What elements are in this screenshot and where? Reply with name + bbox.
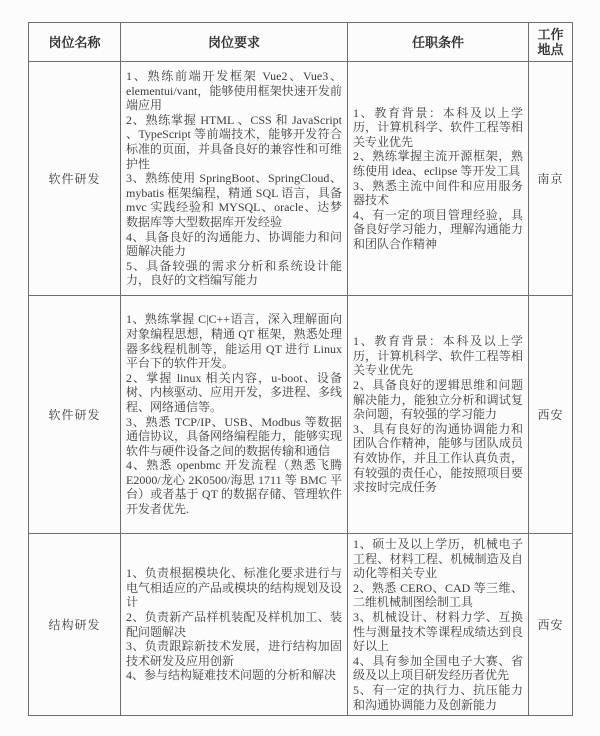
qualifications-cell: 1、教育背景：本科及以上学历，计算机科学、软件工程等相关专业优先 2、熟练掌握主… xyxy=(348,62,529,296)
table-row: 结构研发 1、负责根据模块化、标准化要求进行与电气相适应的产品或模块的结构规划及… xyxy=(29,534,573,716)
qualification-item: 2、具备良好的逻辑思维和问题解决能力，能独立分析和调试复杂问题，有较强的学习能力 xyxy=(353,378,523,422)
document-page: 岗位名称 岗位要求 任职条件 工作地点 软件研发 1、熟练前端开发框架 Vue2… xyxy=(0,0,600,736)
header-row: 岗位名称 岗位要求 任职条件 工作地点 xyxy=(29,23,573,62)
qualification-item: 2、熟练掌握主流开源框架，熟练使用 idea、eclipse 等开发工具 xyxy=(353,149,523,178)
requirement-item: 1、熟练前端开发框架 Vue2、Vue3、elementui/vant，能够使用… xyxy=(126,69,342,113)
qualification-item: 1、教育背景：本科及以上学历，计算机科学、软件工程等相关专业优先 xyxy=(353,334,523,378)
qualification-item: 3、熟悉主流中间件和应用服务器技术 xyxy=(353,179,523,208)
job-positions-table: 岗位名称 岗位要求 任职条件 工作地点 软件研发 1、熟练前端开发框架 Vue2… xyxy=(28,22,573,716)
col-header-position-requirements: 岗位要求 xyxy=(121,23,348,62)
qualification-item: 2、熟悉 CERO、CAD 等三维、二维机械制图绘制工具 xyxy=(353,581,523,610)
qualifications-cell: 1、教育背景：本科及以上学历，计算机科学、软件工程等相关专业优先 2、具备良好的… xyxy=(348,296,529,534)
requirement-item: 4、熟悉 openbmc 开发流程（熟悉飞腾 E2000/龙心 2K0500/海… xyxy=(126,458,342,516)
requirement-item: 2、负责新产品样机装配及样机加工、装配问题解决 xyxy=(126,610,342,639)
qualifications-cell: 1、硕士及以上学历，机械电子工程、材料工程、机械制造及自动化等相关专业 2、熟悉… xyxy=(348,534,529,716)
qualification-item: 3、具有良好的沟通协调能力和团队合作精神，能够与团队成员有效协作，并且工作认真负… xyxy=(353,422,523,495)
requirement-item: 1、熟练掌握 C|C++语言，深入理解面向对象编程思想，精通 QT 框架，熟悉处… xyxy=(126,312,342,370)
requirement-item: 4、具备良好的沟通能力、协调能力和问题解决能力 xyxy=(126,230,342,259)
table-row: 软件研发 1、熟练前端开发框架 Vue2、Vue3、elementui/vant… xyxy=(29,62,573,296)
qualification-item: 4、具有参加全国电子大赛、省级及以上项目研发经历者优先 xyxy=(353,654,523,683)
position-name-cell: 软件研发 xyxy=(29,62,121,296)
table-row: 软件研发 1、熟练掌握 C|C++语言，深入理解面向对象编程思想，精通 QT 框… xyxy=(29,296,573,534)
col-header-work-location: 工作地点 xyxy=(529,23,573,62)
qualification-item: 3、机械设计、材料力学、互换性与测量技术等课程成绩达到良好以上 xyxy=(353,610,523,654)
requirement-item: 1、负责根据模块化、标准化要求进行与电气相适应的产品或模块的结构规划及设计 xyxy=(126,566,342,610)
qualification-item: 5、有一定的执行力、抗压能力和沟通协调能力及创新能力 xyxy=(353,683,523,712)
position-name-cell: 结构研发 xyxy=(29,534,121,716)
qualification-item: 1、教育背景：本科及以上学历，计算机科学、软件工程等相关专业优先 xyxy=(353,106,523,150)
qualification-item: 1、硕士及以上学历，机械电子工程、材料工程、机械制造及自动化等相关专业 xyxy=(353,537,523,581)
work-location-cell: 西安 xyxy=(529,534,573,716)
requirements-cell: 1、熟练掌握 C|C++语言，深入理解面向对象编程思想，精通 QT 框架，熟悉处… xyxy=(121,296,348,534)
qualification-item: 4、有一定的项目管理经验，具备良好学习能力，理解沟通能力和团队合作精神 xyxy=(353,208,523,252)
requirement-item: 2、熟练掌握 HTML 、CSS 和 JavaScript 、TypeScrip… xyxy=(126,113,342,171)
requirements-cell: 1、负责根据模块化、标准化要求进行与电气相适应的产品或模块的结构规划及设计 2、… xyxy=(121,534,348,716)
work-location-cell: 南京 xyxy=(529,62,573,296)
requirement-item: 4、参与结构疑难技术问题的分析和解决 xyxy=(126,668,342,683)
position-name-cell: 软件研发 xyxy=(29,296,121,534)
requirement-item: 2、掌握 linux 相关内容，u-boot、设备树、内核驱动、应用开发，多进程… xyxy=(126,371,342,415)
requirement-item: 5、具备较强的需求分析和系统设计能力，良好的文档编写能力 xyxy=(126,259,342,288)
col-header-position-name: 岗位名称 xyxy=(29,23,121,62)
requirement-item: 3、熟悉 TCP/IP、USB、Modbus 等数据通信协议，具备网络编程能力，… xyxy=(126,415,342,459)
requirement-item: 3、熟练使用 SpringBoot、SpringCloud、mybatis 框架… xyxy=(126,171,342,229)
col-header-qualifications: 任职条件 xyxy=(348,23,529,62)
requirements-cell: 1、熟练前端开发框架 Vue2、Vue3、elementui/vant，能够使用… xyxy=(121,62,348,296)
requirement-item: 3、负责跟踪新技术发展，进行结构加固技术研发及应用创新 xyxy=(126,639,342,668)
work-location-cell: 西安 xyxy=(529,296,573,534)
